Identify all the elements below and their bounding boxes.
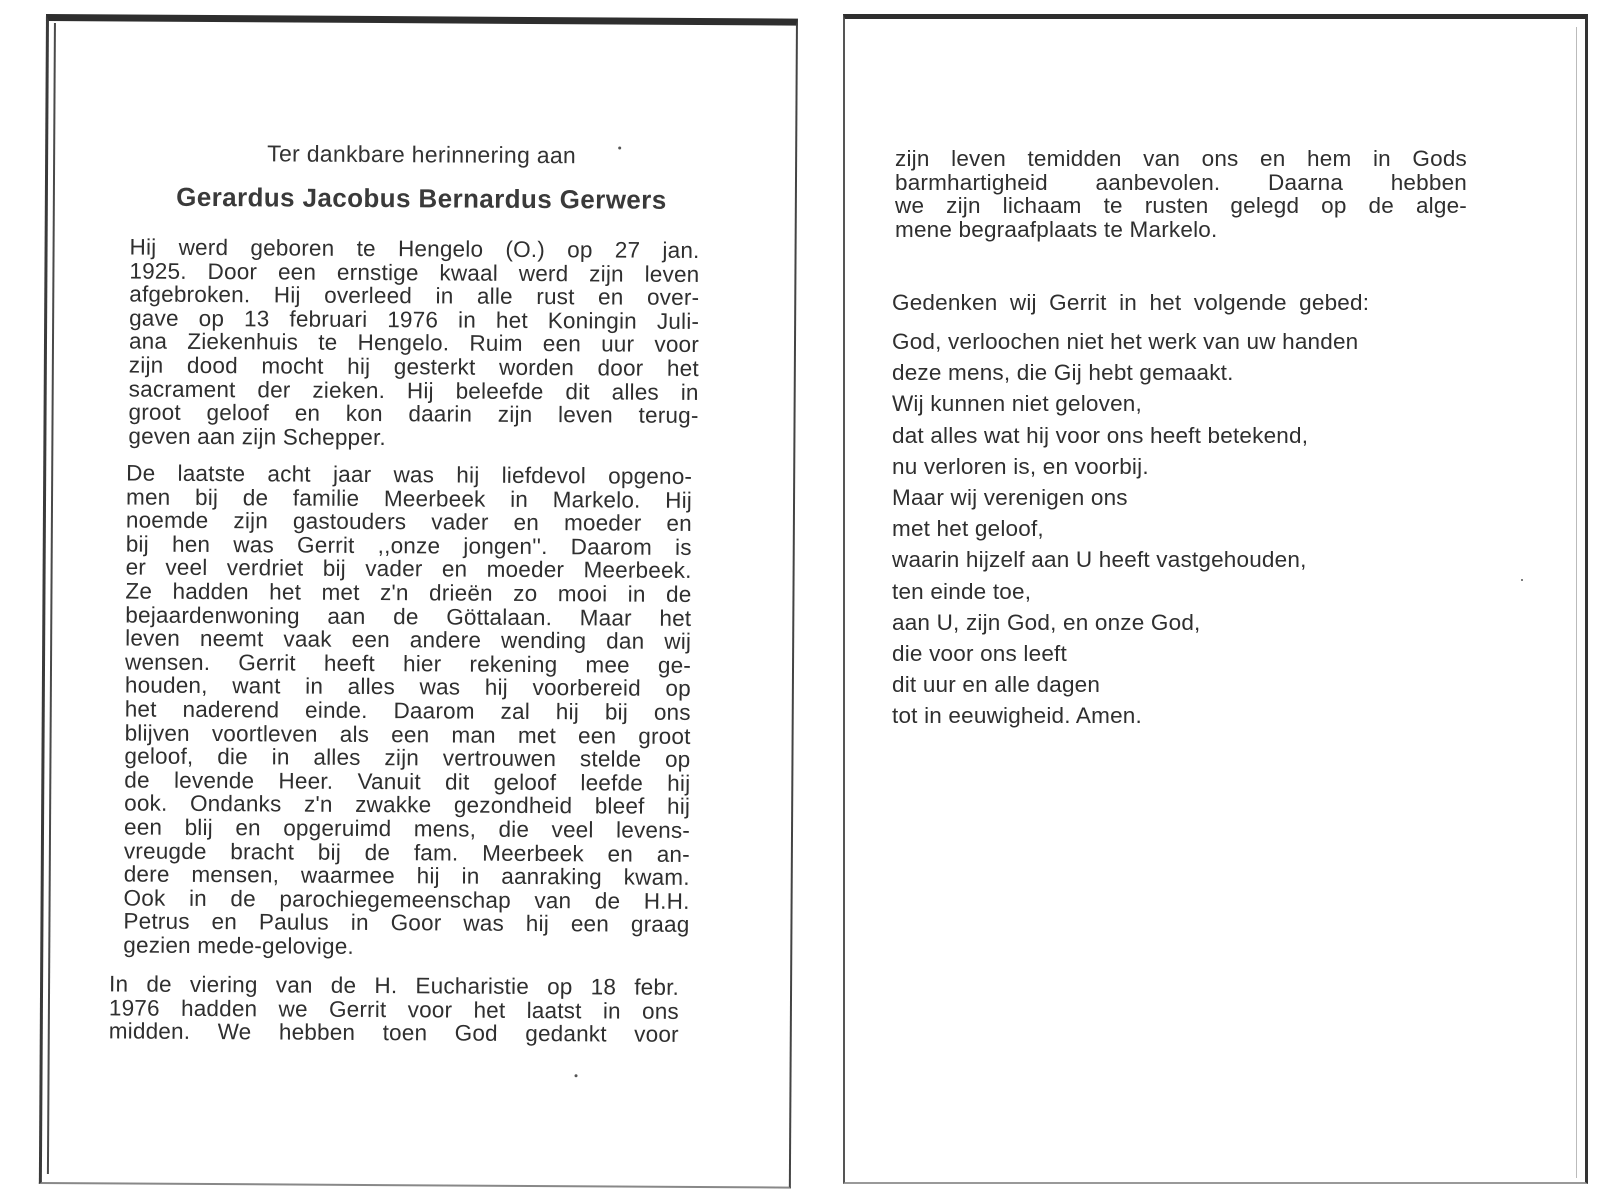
scan-speck bbox=[618, 146, 621, 149]
deceased-name: Gerardus Jacobus Bernardus Gerwers bbox=[48, 181, 795, 217]
scan-speck bbox=[1521, 579, 1523, 581]
text-line: gezien mede-gelovige. bbox=[123, 933, 689, 960]
prayer-line: tot in eeuwigheid. Amen. bbox=[892, 700, 1358, 731]
prayer-line: deze mens, die Gij hebt gemaakt. bbox=[892, 357, 1358, 388]
prayer-intro: Gedenken wij Gerrit in het volgende gebe… bbox=[892, 287, 1369, 318]
prayer-line: nu verloren is, en voorbij. bbox=[892, 451, 1358, 482]
prayer-line: God, verloochen niet het werk van uw han… bbox=[892, 326, 1358, 357]
prayer-line: dit uur en alle dagen bbox=[892, 669, 1358, 700]
paragraph-eucharist: In de viering van de H. Eucharistie op 1… bbox=[109, 972, 679, 1046]
prayer-line: Maar wij verenigen ons bbox=[892, 482, 1358, 513]
paragraph-foster-family: De laatste acht jaar was hij liefdevol o… bbox=[123, 461, 692, 960]
prayer-line: dat alles wat hij voor ons heeft beteken… bbox=[892, 420, 1358, 451]
text-line: zijn leven temidden van ons en hem in Go… bbox=[895, 147, 1467, 171]
prayer-line: die voor ons leeft bbox=[892, 638, 1358, 669]
prayer-line: Wij kunnen niet geloven, bbox=[892, 388, 1358, 419]
right-page: zijn leven temidden van ons en hem in Go… bbox=[843, 14, 1588, 1184]
prayer-line: met het geloof, bbox=[892, 513, 1358, 544]
prayer-line: waarin hijzelf aan U heeft vastgehouden, bbox=[892, 544, 1358, 575]
paragraph-biography: Hij werd geboren te Hengelo (O.) op 27 j… bbox=[128, 236, 699, 452]
prayer-intro-text: Gedenken wij Gerrit in het volgende gebe… bbox=[892, 287, 1369, 318]
left-page: Ter dankbare herinnering aan Gerardus Ja… bbox=[39, 14, 798, 1189]
text-line: geven aan zijn Schepper. bbox=[128, 424, 698, 451]
text-line: mene begraafplaats te Markelo. bbox=[895, 218, 1467, 242]
prayer-line: aan U, zijn God, en onze God, bbox=[892, 607, 1358, 638]
paragraph-continuation: zijn leven temidden van ons en hem in Go… bbox=[895, 147, 1467, 241]
prayer-text: God, verloochen niet het werk van uw han… bbox=[892, 326, 1358, 732]
text-line: we zijn lichaam te rusten gelegd op de a… bbox=[895, 194, 1467, 218]
prayer-line: ten einde toe, bbox=[892, 576, 1358, 607]
text-line: midden. We hebben toen God gedankt voor bbox=[109, 1020, 679, 1047]
text-line: barmhartigheid aanbevolen. Daarna hebben bbox=[895, 171, 1467, 195]
scan-speck bbox=[575, 1074, 578, 1077]
dedication-heading: Ter dankbare herinnering aan bbox=[48, 139, 795, 171]
